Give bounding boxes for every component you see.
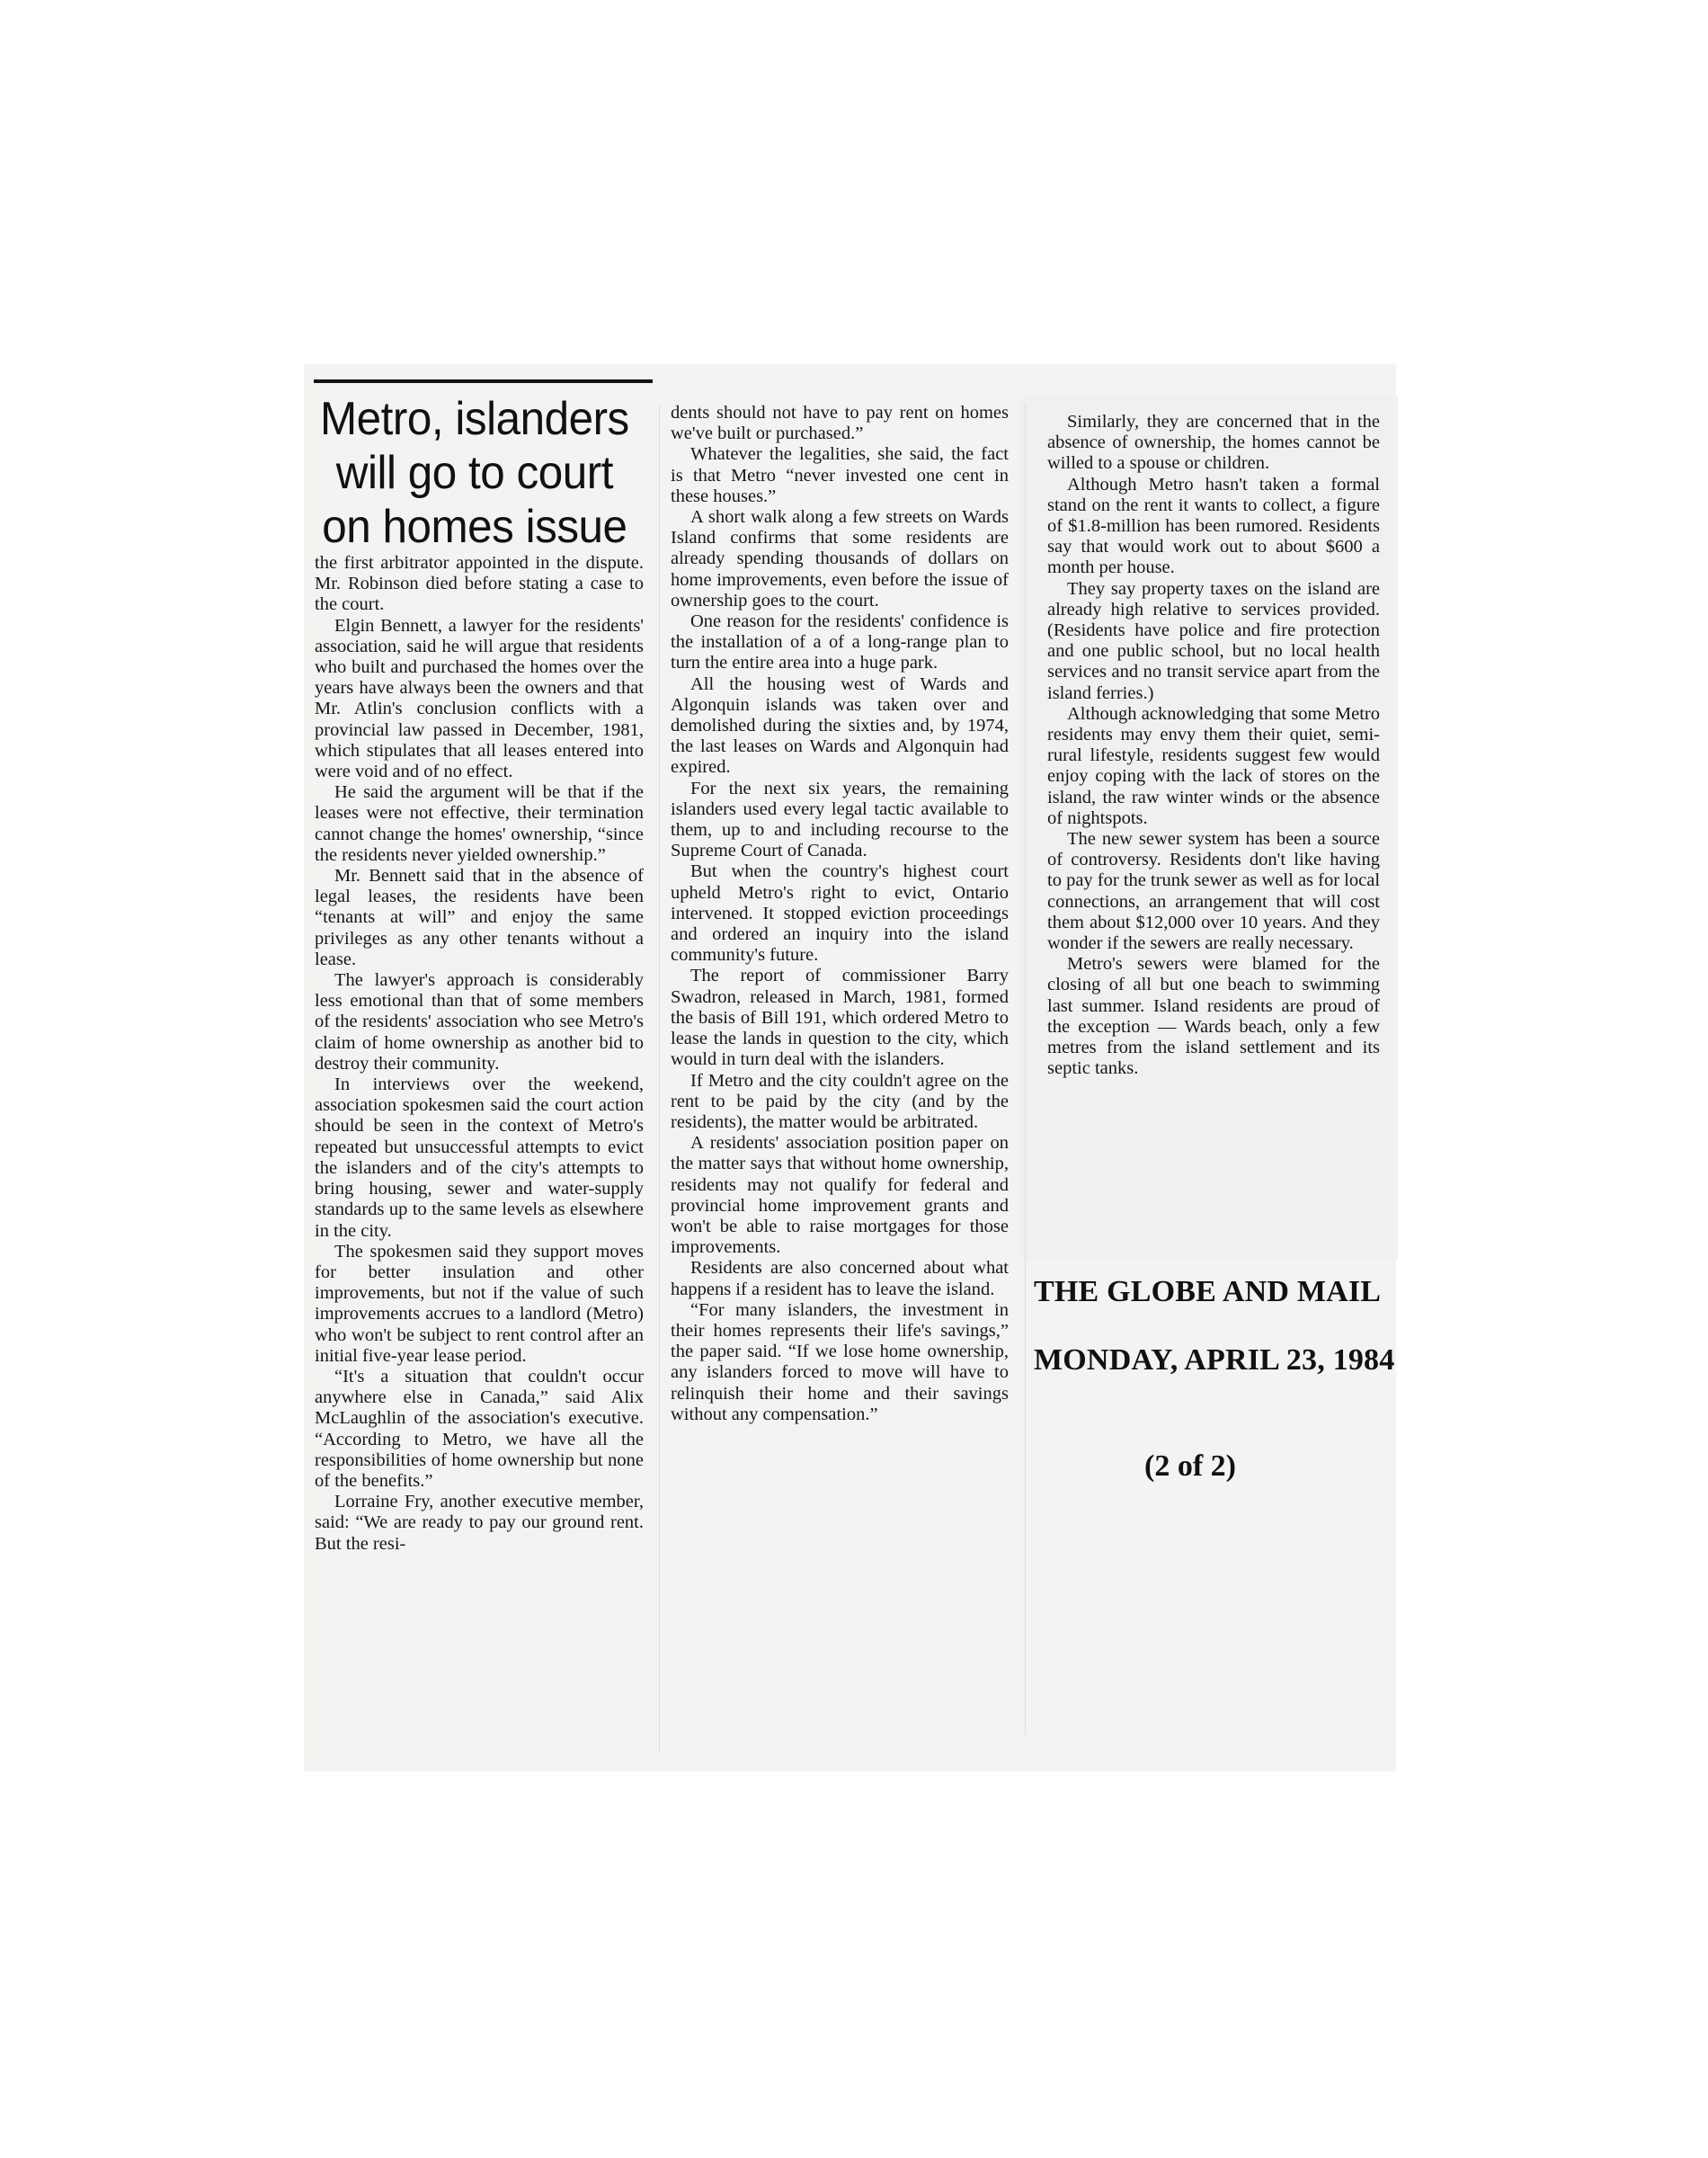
paragraph: The report of commissioner Barry Swadron… [671,966,1009,1070]
paragraph: Although Metro hasn't taken a formal sta… [1047,475,1380,579]
article-column-3: Similarly, they are concerned that in th… [1047,412,1380,1080]
paragraph: Whatever the legalities, she said, the f… [671,444,1009,507]
paragraph: He said the argument will be that if the… [315,782,644,866]
paragraph: A residents' association position paper … [671,1133,1009,1258]
column-divider [659,405,660,1753]
paragraph: the first arbitrator appointed in the di… [315,553,644,616]
paragraph: For the next six years, the remaining is… [671,779,1009,862]
newspaper-name: THE GLOBE AND MAIL [1034,1275,1381,1309]
headline-rule [314,379,653,383]
page-count: (2 of 2) [1144,1449,1236,1484]
paragraph: Similarly, they are concerned that in th… [1047,412,1380,475]
headline-line: on homes issue [310,500,639,554]
headline-line: Metro, islanders [310,392,639,446]
paragraph: All the housing west of Wards and Algonq… [671,674,1009,779]
paragraph: Mr. Bennett said that in the absence of … [315,866,644,970]
paragraph: But when the country's highest court uph… [671,861,1009,966]
paragraph: One reason for the residents' confidence… [671,611,1009,674]
paragraph: “It's a situation that couldn't occur an… [315,1367,644,1492]
column-divider [1025,405,1026,1735]
paragraph: A short walk along a few streets on Ward… [671,507,1009,611]
article-headline: Metro, islanders will go to court on hom… [310,392,639,554]
article-column-2: dents should not have to pay rent on hom… [671,403,1009,1425]
paragraph: “For many islanders, the investment in t… [671,1300,1009,1425]
paragraph: If Metro and the city couldn't agree on … [671,1071,1009,1134]
paragraph: Residents are also concerned about what … [671,1258,1009,1299]
paragraph: Although acknowledging that some Metro r… [1047,704,1380,829]
paragraph: Metro's sewers were blamed for the closi… [1047,954,1380,1079]
paragraph: The spokesmen said they support moves fo… [315,1242,644,1367]
paragraph: Lorraine Fry, another executive member, … [315,1492,644,1555]
paragraph: In interviews over the weekend, associat… [315,1075,644,1242]
paragraph: Elgin Bennett, a lawyer for the resident… [315,616,644,783]
paragraph: The lawyer's approach is considerably le… [315,970,644,1075]
publication-date: MONDAY, APRIL 23, 1984 [1034,1343,1394,1378]
paragraph: The new sewer system has been a source o… [1047,829,1380,954]
paragraph: They say property taxes on the island ar… [1047,579,1380,704]
article-column-1: the first arbitrator appointed in the di… [315,553,644,1555]
paragraph: dents should not have to pay rent on hom… [671,403,1009,444]
headline-line: will go to court [310,446,639,500]
